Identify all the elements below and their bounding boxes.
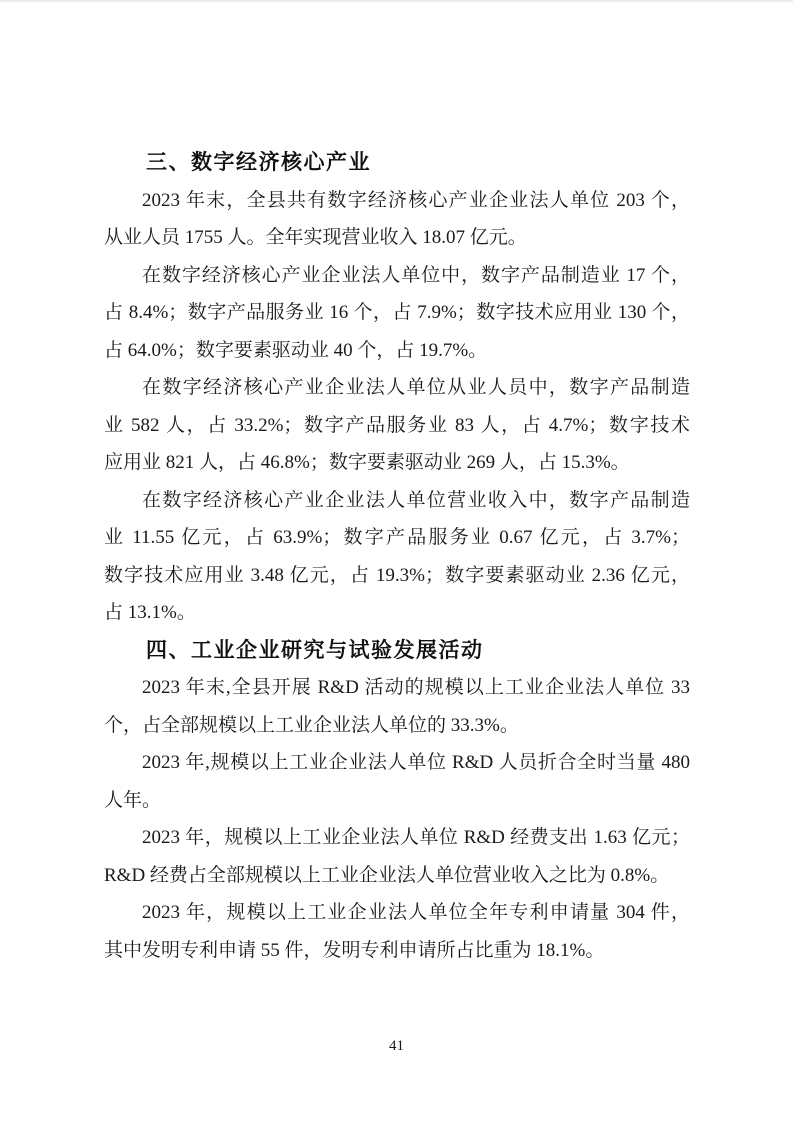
section-heading: 三、数字经济核心产业 — [104, 144, 690, 182]
text-line: 业 582 人，占 33.2%；数字产品服务业 83 人，占 4.7%；数字技术 — [104, 407, 690, 445]
paragraph: 2023 年末，全县共有数字经济核心产业企业法人单位 203 个，从业人员 17… — [104, 182, 690, 257]
paragraph: 2023 年，规模以上工业企业法人单位全年专利申请量 304 件，其中发明专利申… — [104, 894, 690, 969]
text-line: 数字技术应用业 3.48 亿元，占 19.3%；数字要素驱动业 2.36 亿元， — [104, 557, 690, 595]
text-line: 个，占全部规模以上工业企业法人单位的 33.3%。 — [104, 707, 690, 745]
text-line: 2023 年末，全县共有数字经济核心产业企业法人单位 203 个， — [104, 182, 690, 220]
text-line: 占 8.4%；数字产品服务业 16 个，占 7.9%；数字技术应用业 130 个… — [104, 294, 690, 332]
text-line: 占 64.0%；数字要素驱动业 40 个，占 19.7%。 — [104, 332, 690, 370]
paragraph: 在数字经济核心产业企业法人单位营业收入中，数字产品制造业 11.55 亿元，占 … — [104, 482, 690, 632]
paragraph: 在数字经济核心产业企业法人单位中，数字产品制造业 17 个，占 8.4%；数字产… — [104, 257, 690, 370]
text-line: R&D 经费占全部规模以上工业企业法人单位营业收入之比为 0.8%。 — [104, 857, 690, 895]
text-line: 应用业 821 人，占 46.8%；数字要素驱动业 269 人，占 15.3%。 — [104, 444, 690, 482]
document-page: 三、数字经济核心产业2023 年末，全县共有数字经济核心产业企业法人单位 203… — [0, 0, 793, 1122]
text-line: 人年。 — [104, 782, 690, 820]
text-line: 2023 年,规模以上工业企业法人单位 R&D 人员折合全时当量 480 — [104, 744, 690, 782]
text-line: 占 13.1%。 — [104, 594, 690, 632]
text-line: 业 11.55 亿元，占 63.9%；数字产品服务业 0.67 亿元，占 3.7… — [104, 519, 690, 557]
section-heading: 四、工业企业研究与试验发展活动 — [104, 632, 690, 670]
scan-edge-artifact — [0, 0, 793, 2]
text-line: 2023 年末,全县开展 R&D 活动的规模以上工业企业法人单位 33 — [104, 669, 690, 707]
paragraph: 2023 年，规模以上工业企业法人单位 R&D 经费支出 1.63 亿元；R&D… — [104, 819, 690, 894]
text-line: 2023 年，规模以上工业企业法人单位 R&D 经费支出 1.63 亿元； — [104, 819, 690, 857]
paragraph: 2023 年末,全县开展 R&D 活动的规模以上工业企业法人单位 33个，占全部… — [104, 669, 690, 744]
text-line: 在数字经济核心产业企业法人单位从业人员中，数字产品制造 — [104, 369, 690, 407]
paragraph: 在数字经济核心产业企业法人单位从业人员中，数字产品制造业 582 人，占 33.… — [104, 369, 690, 482]
document-content: 三、数字经济核心产业2023 年末，全县共有数字经济核心产业企业法人单位 203… — [104, 144, 690, 969]
paragraph: 2023 年,规模以上工业企业法人单位 R&D 人员折合全时当量 480人年。 — [104, 744, 690, 819]
text-line: 在数字经济核心产业企业法人单位营业收入中，数字产品制造 — [104, 482, 690, 520]
text-line: 在数字经济核心产业企业法人单位中，数字产品制造业 17 个， — [104, 257, 690, 295]
text-line: 从业人员 1755 人。全年实现营业收入 18.07 亿元。 — [104, 219, 690, 257]
page-number: 41 — [0, 1036, 793, 1056]
text-line: 其中发明专利申请 55 件，发明专利申请所占比重为 18.1%。 — [104, 932, 690, 970]
text-line: 2023 年，规模以上工业企业法人单位全年专利申请量 304 件， — [104, 894, 690, 932]
